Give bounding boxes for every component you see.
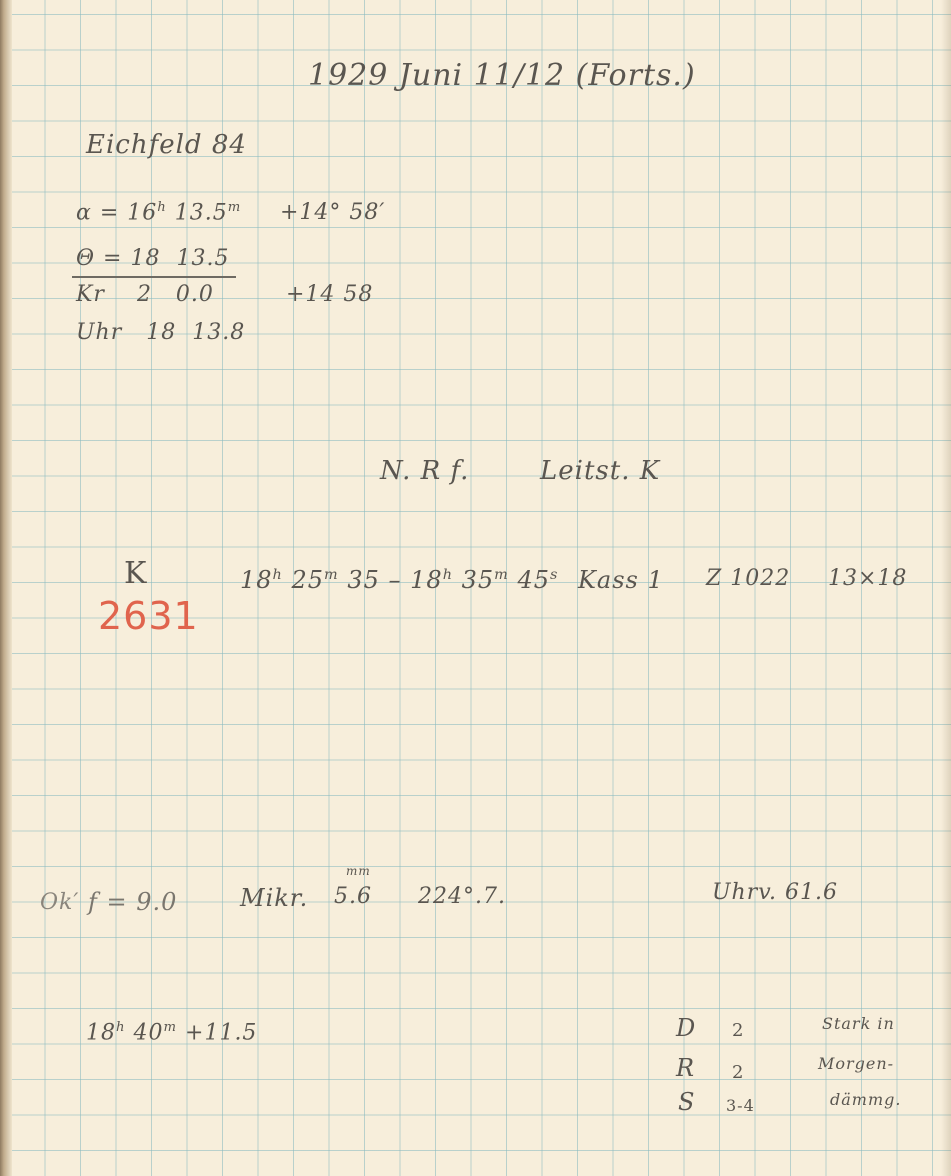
clock-reading: Uhrv. 61.6	[712, 880, 838, 905]
condition-value-r: 2	[732, 1062, 744, 1083]
kr-label: Kr	[76, 282, 105, 307]
micrometer-unit: mm	[346, 864, 371, 878]
end-hours: 18	[410, 566, 443, 594]
remark-line-1: Stark in	[822, 1014, 895, 1033]
remark-line-3: dämmg.	[830, 1090, 901, 1109]
condition-value-d: 2	[732, 1020, 744, 1041]
uhr-minutes: 13.8	[192, 320, 245, 345]
start-minutes: 25	[291, 566, 324, 594]
position-angle: 224°.7.	[418, 884, 506, 909]
alpha-minutes: 13.5	[175, 200, 228, 225]
section-title-right: Leitst. K	[540, 456, 660, 486]
start-hours: 18	[240, 566, 273, 594]
theta-minutes: 13.5	[176, 246, 229, 271]
time-note: 18h 40m +11.5	[86, 1020, 257, 1045]
uhr-row: Uhr 18 13.8	[76, 320, 245, 345]
kr-declination: +14 58	[286, 282, 373, 307]
plate-format: 13×18	[828, 566, 907, 591]
end-seconds: 45	[517, 566, 550, 594]
condition-label-d: D	[676, 1014, 696, 1042]
page-header: 1929 Juni 11/12 (Forts.)	[308, 58, 696, 93]
condition-label-s: S	[678, 1088, 695, 1116]
cassette: Kass 1	[578, 566, 664, 594]
theta-row: Θ = 18 13.5	[76, 246, 229, 271]
alpha-row: α = 16h 13.5m	[76, 200, 241, 225]
alpha-declination: +14° 58′	[280, 200, 385, 225]
exposure-marker: K	[124, 556, 147, 591]
object-name: Eichfeld 84	[86, 130, 247, 160]
plate-type: Z 1022	[706, 566, 790, 591]
subtraction-line	[72, 276, 236, 278]
micrometer-value: 5.6	[334, 884, 372, 909]
note-minutes: 40	[134, 1020, 164, 1045]
theta-label: Θ =	[76, 246, 122, 271]
ocular-label: Ok′	[40, 890, 79, 915]
end-minutes: 35	[462, 566, 495, 594]
condition-label-r: R	[676, 1054, 695, 1082]
notebook-page: 1929 Juni 11/12 (Forts.) Eichfeld 84 α =…	[0, 0, 951, 1176]
page-edge	[941, 0, 951, 1176]
uhr-hours: 18	[146, 320, 176, 345]
micrometer-label: Mikr.	[240, 884, 308, 912]
notebook-binding	[0, 0, 12, 1176]
kr-row: Kr 2 0.0	[76, 282, 214, 307]
focal-length: f = 9.0	[88, 888, 177, 916]
uhr-label: Uhr	[76, 320, 122, 345]
kr-hours: 2	[137, 282, 152, 307]
note-hours: 18	[86, 1020, 116, 1045]
start-seconds: 35	[347, 566, 380, 594]
time-range-dash: –	[389, 566, 402, 594]
condition-value-s: 3-4	[726, 1096, 755, 1115]
exposure-times: 18h 25m 35 – 18h 35m 45s	[240, 566, 558, 594]
plate-number: 2631	[98, 594, 199, 638]
remark-line-2: Morgen-	[818, 1054, 894, 1073]
kr-minutes: 0.0	[176, 282, 214, 307]
alpha-hours: 16	[127, 200, 157, 225]
section-title-left: N. R f.	[380, 456, 469, 486]
theta-hours: 18	[130, 246, 160, 271]
note-value: +11.5	[185, 1020, 257, 1045]
alpha-label: α =	[76, 200, 119, 225]
